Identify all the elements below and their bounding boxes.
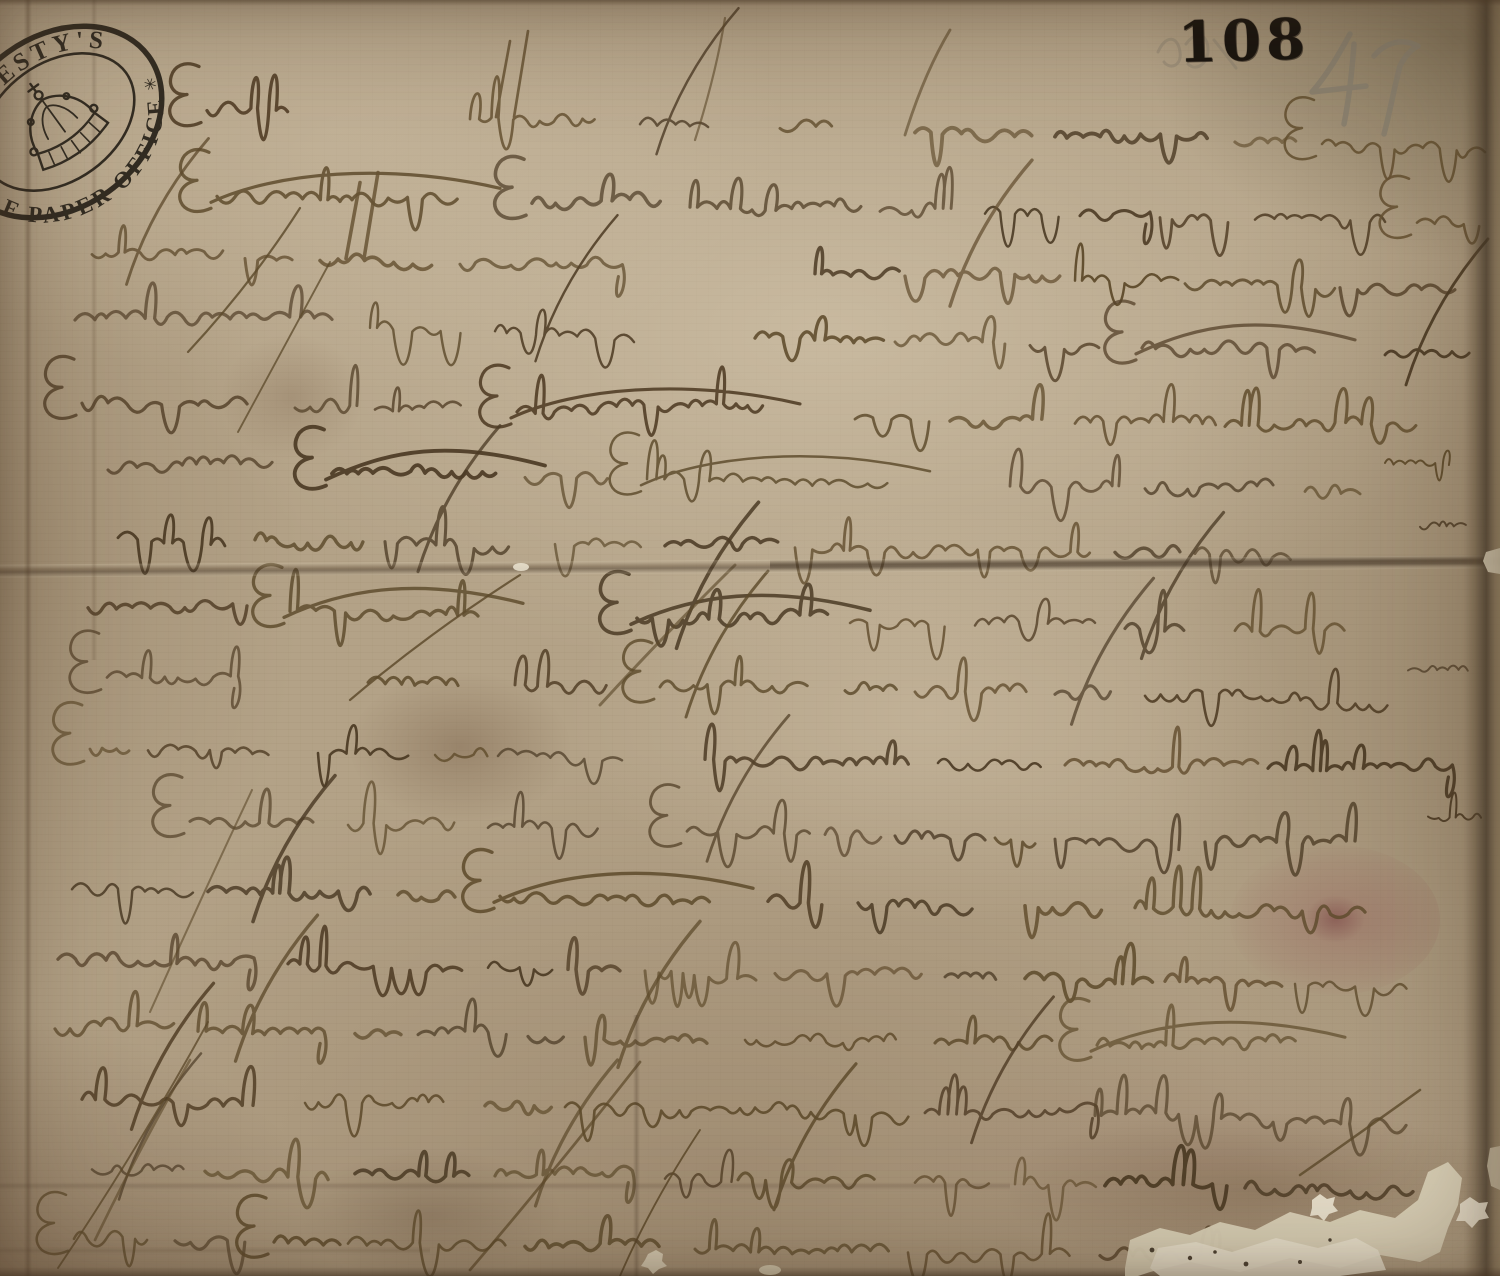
torn-paper-highlight [1150, 1238, 1386, 1276]
white-fleck [641, 1250, 667, 1274]
white-fleck [1456, 1197, 1489, 1228]
white-fleck [759, 1265, 781, 1275]
edge-fleck [1487, 1146, 1500, 1190]
stamp-bottom-text: E PAPER OFFICE [0, 85, 200, 263]
pencil-folio-number [1312, 34, 1418, 134]
edge-notch [1483, 548, 1500, 574]
svg-text:MAJESTY'S: MAJESTY'S [0, 0, 121, 157]
state-paper-office-stamp: MAJESTY'S E PAPER OFFICE ✳ [0, 0, 252, 317]
white-fleck [513, 563, 529, 571]
white-fleck [1310, 1194, 1338, 1221]
manuscript-page: MAJESTY'S E PAPER OFFICE ✳ [0, 0, 1500, 1276]
svg-text:E PAPER OFFICE: E PAPER OFFICE [0, 85, 200, 263]
folio-number-stamp: 108 [1177, 6, 1311, 76]
stamp-top-text: MAJESTY'S [0, 0, 121, 157]
